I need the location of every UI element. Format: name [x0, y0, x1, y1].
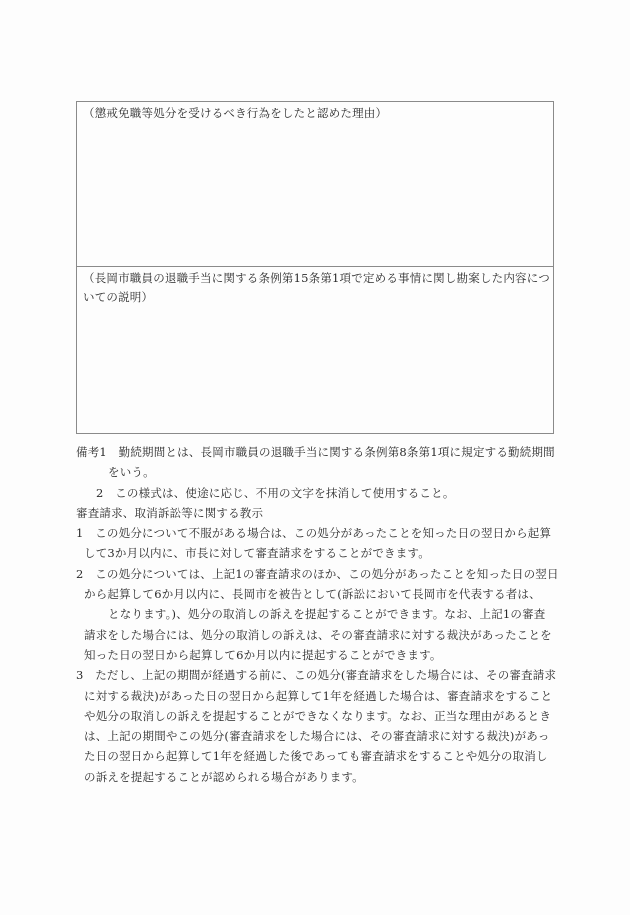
circumstances-field-label-line1: （長岡市職員の退職手当に関する条例第15条第1項で定める事情に関し勘案した内容に…: [83, 269, 547, 288]
instruction-1-line1: 1 この処分について不服がある場合は、この処分があったことを知った日の翌日から起…: [76, 523, 566, 543]
reason-field[interactable]: （懲戒免職等処分を受けるべき行為をしたと認めた理由）: [77, 102, 553, 267]
instruction-3-line5: た日の翌日から起算して1年を経過した後であっても審査請求をすることや処分の取消し: [76, 746, 566, 766]
instruction-2-line3: となります。)、処分の取消しの訴えを提起することができます。なお、上記1の審査: [76, 604, 566, 624]
instruction-3-line1: 3 ただし、上記の期間が経過する前に、この処分(審査請求をした場合には、その審査…: [76, 665, 566, 685]
instruction-2-line1: 2 この処分については、上記1の審査請求のほか、この処分があったことを知った日の…: [76, 564, 566, 584]
instruction-2-line4: 請求をした場合には、処分の取消しの訴えは、その審査請求に対する裁決があったことを: [76, 625, 566, 645]
instruction-3-line6: の訴えを提起することが認められる場合があります。: [76, 767, 566, 787]
instruction-3-line3: や処分の取消しの訴えを提起することができなくなります。なお、正当な理由があるとき: [76, 706, 566, 726]
instruction-3-line2: に対する裁決)があった日の翌日から起算して1年を経過した場合は、審査請求をするこ…: [76, 686, 566, 706]
form-table: （懲戒免職等処分を受けるべき行為をしたと認めた理由） （長岡市職員の退職手当に関…: [76, 101, 554, 434]
instruction-2-line5: 知った日の翌日から起算して6か月以内に提起することができます。: [76, 645, 566, 665]
instructions-heading: 審査請求、取消訴訟等に関する教示: [76, 503, 566, 523]
instruction-1-line2: して3か月以内に、市長に対して審査請求をすることができます。: [76, 543, 566, 563]
notes-section: 備考1 勤続期間とは、長岡市職員の退職手当に関する条例第8条第1項に規定する勤続…: [76, 442, 566, 787]
remark-1-line2: をいう。: [76, 462, 566, 482]
reason-field-label: （懲戒免職等処分を受けるべき行為をしたと認めた理由）: [83, 104, 547, 123]
instruction-2-line2: から起算して6か月以内に、長岡市を被告として(訴訟において長岡市を代表する者は、: [76, 584, 566, 604]
circumstances-field-label-line2: いての説明）: [83, 288, 547, 307]
remark-1-line1: 備考1 勤続期間とは、長岡市職員の退職手当に関する条例第8条第1項に規定する勤続…: [76, 442, 566, 462]
remark-2: 2 この様式は、使途に応じ、不用の文字を抹消して使用すること。: [76, 483, 566, 503]
circumstances-field[interactable]: （長岡市職員の退職手当に関する条例第15条第1項で定める事情に関し勘案した内容に…: [77, 267, 553, 433]
instruction-3-line4: は、上記の期間やこの処分(審査請求をした場合には、その審査請求に対する裁決)があ…: [76, 726, 566, 746]
